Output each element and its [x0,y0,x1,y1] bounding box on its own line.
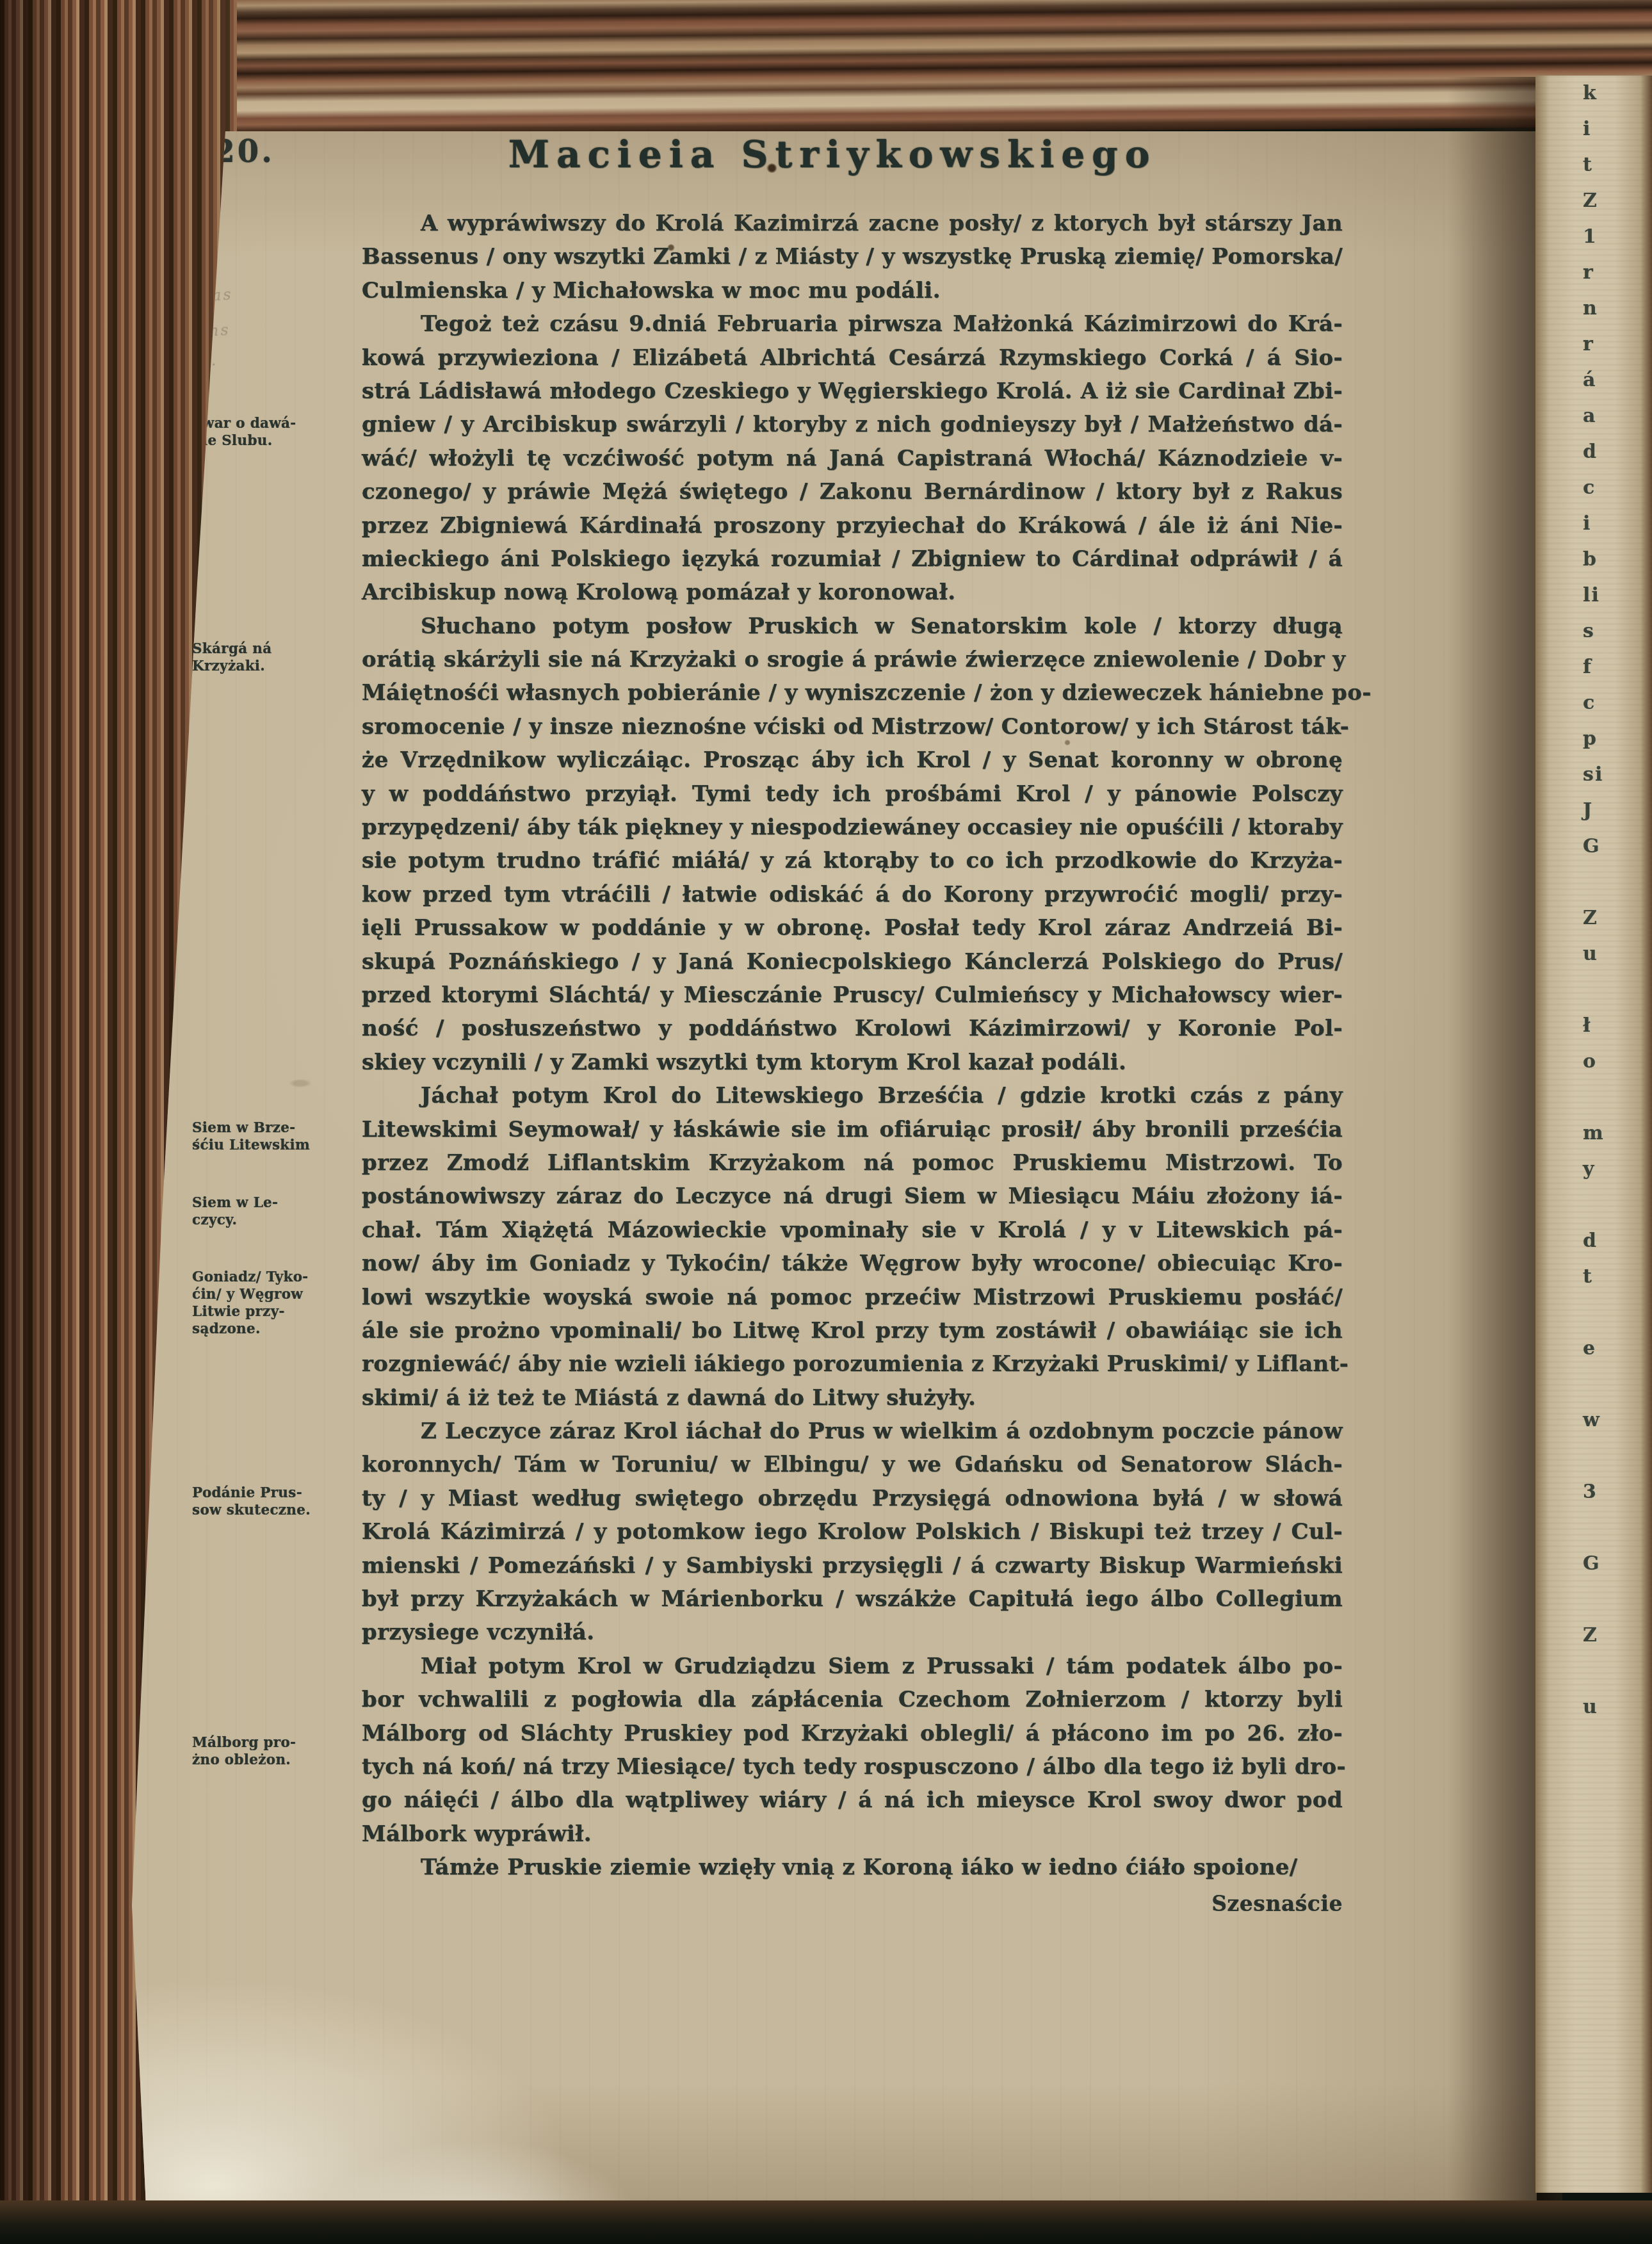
text-line: mieckiego áni Polskiego ięzyká rozumiał … [362,542,1343,576]
text-line: Arcibiskup nową Krolową pomázał y korono… [362,576,1343,609]
margin-note: Podánie Prus- sow skuteczne. [192,1484,364,1519]
text-line: skupá Poznáńskiego / y Janá Koniecpolski… [362,945,1343,979]
text-line: przypędzeni/ áby ták piękney y niespodzi… [362,811,1343,844]
text-line: kow przed tym vtráćili / łatwie odiskáć … [362,878,1343,911]
text-line: Bassenus / ony wszytki Zamki / z Miásty … [362,240,1343,273]
smudge [289,1079,311,1087]
text-line: Culmienska / y Michałowska w moc mu podá… [362,274,1343,307]
text-line: przed ktorymi Sláchtá/ y Miesczánie Prus… [362,979,1343,1012]
text-line: A wypráwiwszy do Krolá Kazimirzá zacne p… [362,207,1343,240]
text-line: bor vchwalili z pogłowia dla zápłácenia … [362,1683,1343,1716]
edge-text-fragment: k [1535,76,1652,111]
edge-text-fragment [1535,1367,1652,1402]
edge-text-fragment: s [1535,614,1652,649]
edge-text-fragment: 1 [1535,219,1652,255]
text-line: Máiętnośći własnych pobieránie / y wynis… [362,676,1343,710]
text-line: rozgniewáć/ áby nie wzieli iákiego poroz… [362,1347,1343,1381]
edge-text-fragment: f [1535,649,1652,685]
text-line: go náięći / álbo dla wątpliwey wiáry / á… [362,1784,1343,1817]
margin-note: Goniadz/ Tyko- ćin/ y Węgrow Litwie przy… [192,1269,364,1338]
edge-text-fragment: d [1535,434,1652,470]
edge-text-fragment: m [1535,1116,1652,1151]
text-line: ty / y Miast według swiętego obrzędu Prz… [362,1482,1343,1515]
edge-text-fragment: li [1535,578,1652,614]
book-bottom-edge [0,2200,1652,2244]
edge-text-fragment: Z [1535,183,1652,219]
text-line: chał. Tám Xiążętá Mázowieckie vpominały … [362,1214,1343,1247]
ink-spot [766,163,777,173]
edge-text-fragment: á [1535,362,1652,398]
edge-text-fragment: si [1535,757,1652,793]
page: 620. Macieia Striykowskiego w vore fabr … [0,131,1537,2206]
edge-text-fragment: i [1535,111,1652,147]
text-line: y w poddáństwo przyiął. Tymi tedy ich pr… [362,777,1343,811]
edge-text-fragment: b [1535,542,1652,578]
text-line: Támże Pruskie ziemie wzięły vnią z Koron… [362,1851,1343,1884]
text-line: Słuchano potym posłow Pruskich w Senator… [362,610,1343,643]
text-line: Litewskimi Seymował/ y łáskáwie sie im o… [362,1113,1343,1146]
edge-text-fragment [1535,1510,1652,1546]
body-text: A wypráwiwszy do Krolá Kazimirzá zacne p… [362,207,1343,1885]
text-line: sromocenie / y insze nieznośne vćiski od… [362,710,1343,744]
text-line: ále sie prożno vpominali/ bo Litwę Krol … [362,1314,1343,1347]
edge-text-fragment: w [1535,1402,1652,1438]
edge-text-fragment: a [1535,398,1652,434]
edge-text-fragment: u [1535,1689,1652,1725]
running-head-title: Macieia Striykowskiego [410,133,1255,176]
text-line: przysiege vczyniłá. [362,1616,1343,1649]
edge-text-fragment [1535,1080,1652,1116]
margin-note: Málborg pro- żno obleżon. [192,1734,364,1769]
text-line: gniew / y Arcibiskup swárzyli / ktoryby … [362,408,1343,441]
margin-note: Skárgá ná Krzyżaki. [192,640,364,675]
edge-text-fragment [1535,1582,1652,1618]
text-line: ność / posłuszeństwo y poddáństwo Krolow… [362,1012,1343,1045]
edge-text-fragment [1535,1654,1652,1689]
text-line: przez Zbigniewá Kárdinałá proszony przyi… [362,509,1343,542]
edge-text-fragment: e [1535,1331,1652,1367]
edge-text-fragment: p [1535,721,1652,757]
edge-text-fragment: J [1535,793,1652,829]
text-line: czonego/ y práwie Mężá świętego / Zakonu… [362,475,1343,508]
margin-note: Siem w Le- czycy. [192,1194,364,1229]
text-line: wáć/ włożyli tę vczćiwość potym ná Janá … [362,442,1343,475]
text-line: Krolá Kázimirzá / y potomkow iego Krolow… [362,1515,1343,1549]
text-line: skiey vczynili / y Zamki wszytki tym kto… [362,1046,1343,1079]
text-line: kowá przywieziona / Elizábetá Albrichtá … [362,341,1343,375]
catchword: Szesnaście [362,1891,1343,1916]
text-line: że Vrzędnikow wyliczáiąc. Prosząc áby ic… [362,744,1343,777]
text-line: skimi/ á iż też te Miástá z dawná do Lit… [362,1381,1343,1415]
edge-text-fragment: Z [1535,900,1652,936]
margin-note: Siem w Brze- śćiu Litewskim [192,1119,364,1154]
edge-text-fragment: Z [1535,1618,1652,1654]
text-line: orátią skárżyli sie ná Krzyżaki o srogie… [362,643,1343,676]
edge-text-fragment: d [1535,1223,1652,1259]
edge-text-fragment: c [1535,470,1652,506]
edge-text-fragment: ł [1535,1008,1652,1044]
text-line: Tegoż też czásu 9.dniá Februaria pirwsza… [362,307,1343,341]
text-line: Málborg od Sláchty Pruskiey pod Krzyżaki… [362,1717,1343,1750]
scanned-book-page: 620. Macieia Striykowskiego w vore fabr … [0,0,1652,2244]
text-line: Z Leczyce záraz Krol iáchał do Prus w wi… [362,1415,1343,1448]
text-line: Miał potym Krol w Grudziądzu Siem z Prus… [362,1650,1343,1683]
text-line: był przy Krzyżakách w Márienborku / wszá… [362,1582,1343,1616]
edge-text-fragment: G [1535,829,1652,865]
text-line: ięli Prussakow w poddánie y w obronę. Po… [362,911,1343,945]
edge-text-fragment: t [1535,1259,1652,1295]
text-line: postánowiwszy záraz do Leczyce ná drugi … [362,1180,1343,1213]
text-line: Málbork wypráwił. [362,1817,1343,1851]
edge-text-fragment: 3 [1535,1474,1652,1510]
margin-note: Swar o dawá- nie Slubu. [192,415,364,450]
text-line: koronnych/ Tám w Toruniu/ w Elbingu/ y w… [362,1448,1343,1481]
text-line: strá Ládisławá młodego Czeskiego y Węgie… [362,375,1343,408]
text-line: mienski / Pomezáński / y Sambiyski przys… [362,1549,1343,1582]
text-line: Jáchał potym Krol do Litewskiego Brześći… [362,1079,1343,1112]
edge-text-fragment: u [1535,936,1652,972]
edge-text-fragment: r [1535,327,1652,362]
text-line: lowi wszytkie woyská swoie ná pomoc prze… [362,1281,1343,1314]
edge-text-fragment: t [1535,147,1652,183]
edge-text-fragment: G [1535,1546,1652,1582]
edge-text-fragment: y [1535,1151,1652,1187]
edge-text-fragment: c [1535,685,1652,721]
edge-text-fragment: i [1535,506,1652,542]
edge-text-fragment [1535,1438,1652,1474]
edge-text-fragment [1535,972,1652,1008]
edge-text-fragment [1535,1295,1652,1331]
text-line: tych ná koń/ ná trzy Miesiące/ tych tedy… [362,1750,1343,1784]
edge-text-fragment: r [1535,255,1652,291]
edge-text-fragment: n [1535,291,1652,327]
edge-text-fragment: o [1535,1044,1652,1080]
text-line: przez Zmodź Liflantskim Krzyżakom ná pom… [362,1146,1343,1180]
book-top-edge [0,0,1652,140]
edge-text-fragment [1535,865,1652,900]
edge-text-fragment [1535,1187,1652,1223]
text-line: now/ áby im Goniadz y Tykoćin/ tákże Węg… [362,1247,1343,1280]
text-line: sie potym trudno tráfić miáłá/ y zá ktor… [362,844,1343,877]
facing-page-fore-edge: kitZ1rnráadciblisfcpsiJGZułomydtew3GZu [1535,76,1652,2193]
